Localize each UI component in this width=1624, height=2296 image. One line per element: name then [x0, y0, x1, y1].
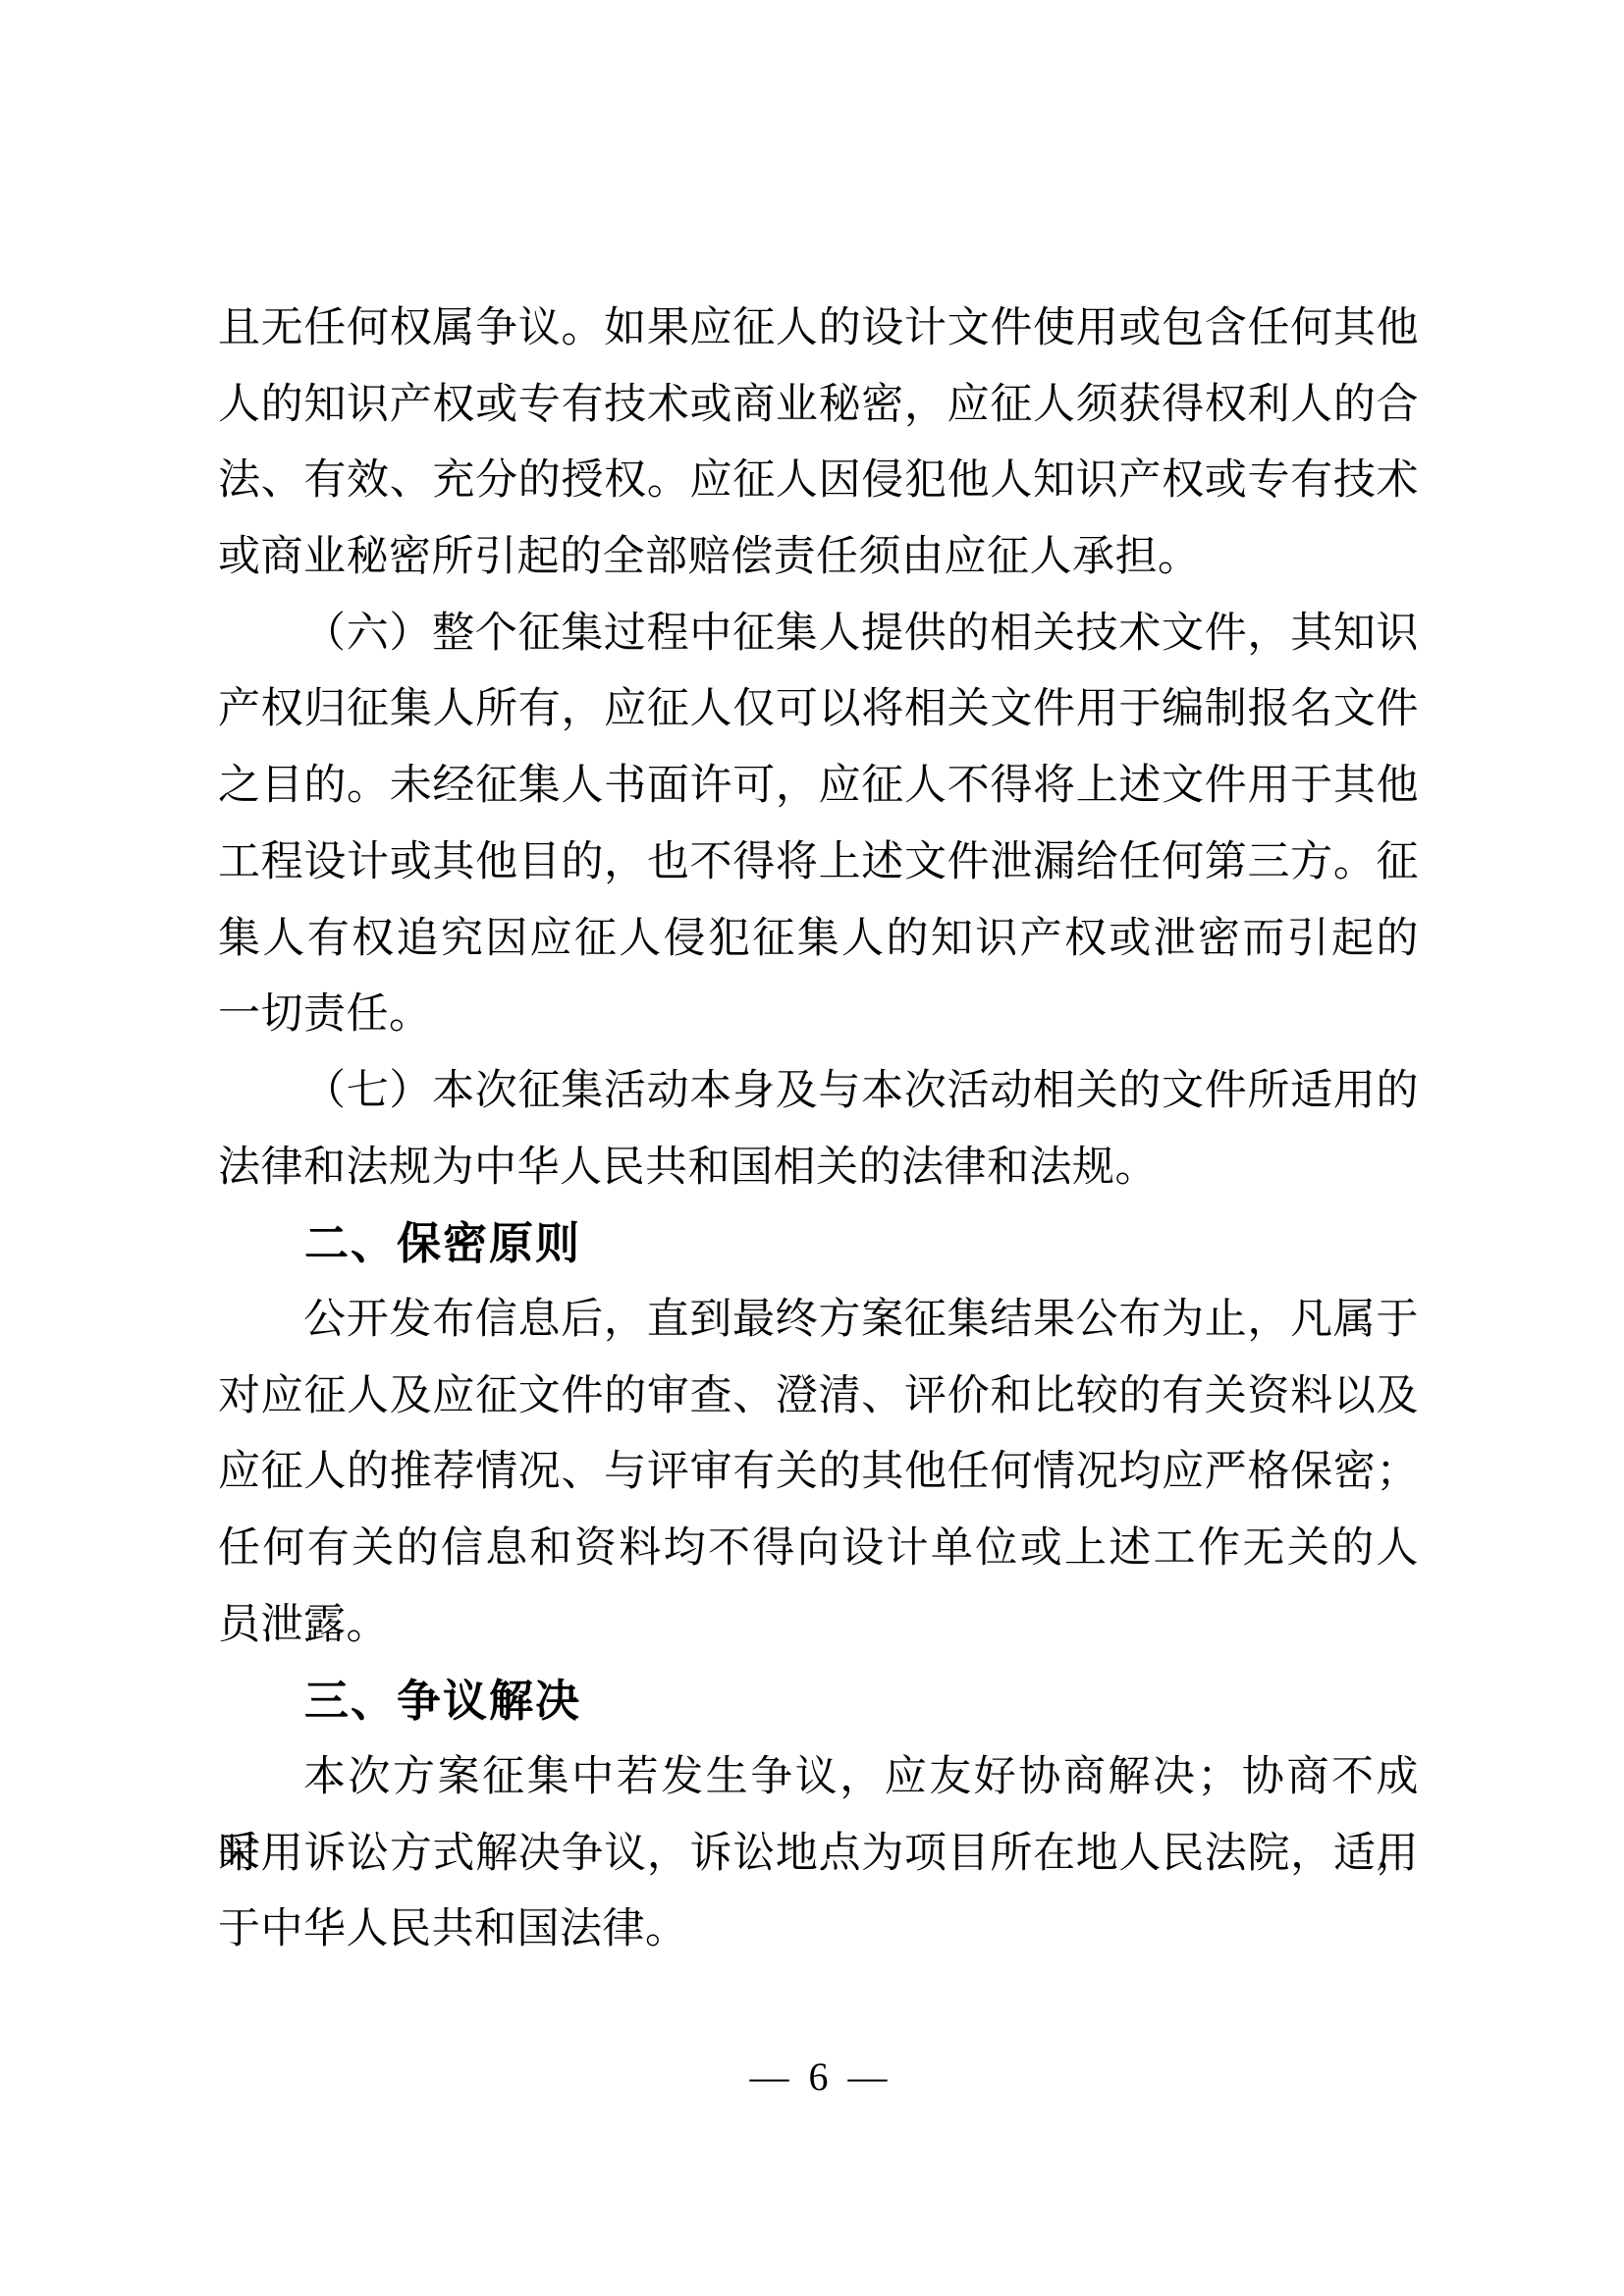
paragraph-line: 采用诉讼方式解决争议，诉讼地点为项目所在地人民法院，适用	[218, 1816, 1419, 1893]
paragraph-line: 且无任何权属争议。如果应征人的设计文件使用或包含任何其他	[218, 291, 1419, 367]
paragraph-line: 集人有权追究因应征人侵犯征集人的知识产权或泄密而引起的	[218, 901, 1419, 978]
paragraph-line: 本次方案征集中若发生争议，应友好协商解决；协商不成时，	[218, 1739, 1419, 1816]
document-page: 且无任何权属争议。如果应征人的设计文件使用或包含任何其他 人的知识产权或专有技术…	[0, 0, 1624, 2296]
paragraph-line: 产权归征集人所有，应征人仅可以将相关文件用于编制报名文件	[218, 671, 1419, 748]
paragraph-line: （六）整个征集过程中征集人提供的相关技术文件，其知识	[218, 596, 1419, 672]
paragraph-line: 人的知识产权或专有技术或商业秘密，应征人须获得权利人的合	[218, 367, 1419, 444]
section-heading-confidentiality: 二、保密原则	[218, 1205, 1419, 1282]
paragraph-line: 于中华人民共和国法律。	[218, 1892, 1419, 1968]
page-body: 且无任何权属争议。如果应征人的设计文件使用或包含任何其他 人的知识产权或专有技术…	[218, 291, 1419, 1968]
paragraph-line: 法律和法规为中华人民共和国相关的法律和法规。	[218, 1130, 1419, 1206]
paragraph-line: （七）本次征集活动本身及与本次活动相关的文件所适用的	[218, 1053, 1419, 1130]
paragraph-line: 之目的。未经征集人书面许可，应征人不得将上述文件用于其他	[218, 748, 1419, 825]
paragraph-line: 公开发布信息后，直到最终方案征集结果公布为止，凡属于	[218, 1282, 1419, 1359]
paragraph-line: 或商业秘密所引起的全部赔偿责任须由应征人承担。	[218, 519, 1419, 596]
paragraph-line: 对应征人及应征文件的审查、澄清、评价和比较的有关资料以及	[218, 1359, 1419, 1435]
paragraph-line: 应征人的推荐情况、与评审有关的其他任何情况均应严格保密；	[218, 1434, 1419, 1511]
paragraph-line: 工程设计或其他目的，也不得将上述文件泄漏给任何第三方。征	[218, 825, 1419, 901]
paragraph-line: 任何有关的信息和资料均不得向设计单位或上述工作无关的人	[218, 1511, 1419, 1587]
section-heading-dispute-resolution: 三、争议解决	[218, 1663, 1419, 1739]
paragraph-line: 员泄露。	[218, 1587, 1419, 1664]
paragraph-line: 法、有效、充分的授权。应征人因侵犯他人知识产权或专有技术	[218, 443, 1419, 519]
page-number: — 6 —	[218, 2054, 1419, 2100]
paragraph-line: 一切责任。	[218, 977, 1419, 1053]
